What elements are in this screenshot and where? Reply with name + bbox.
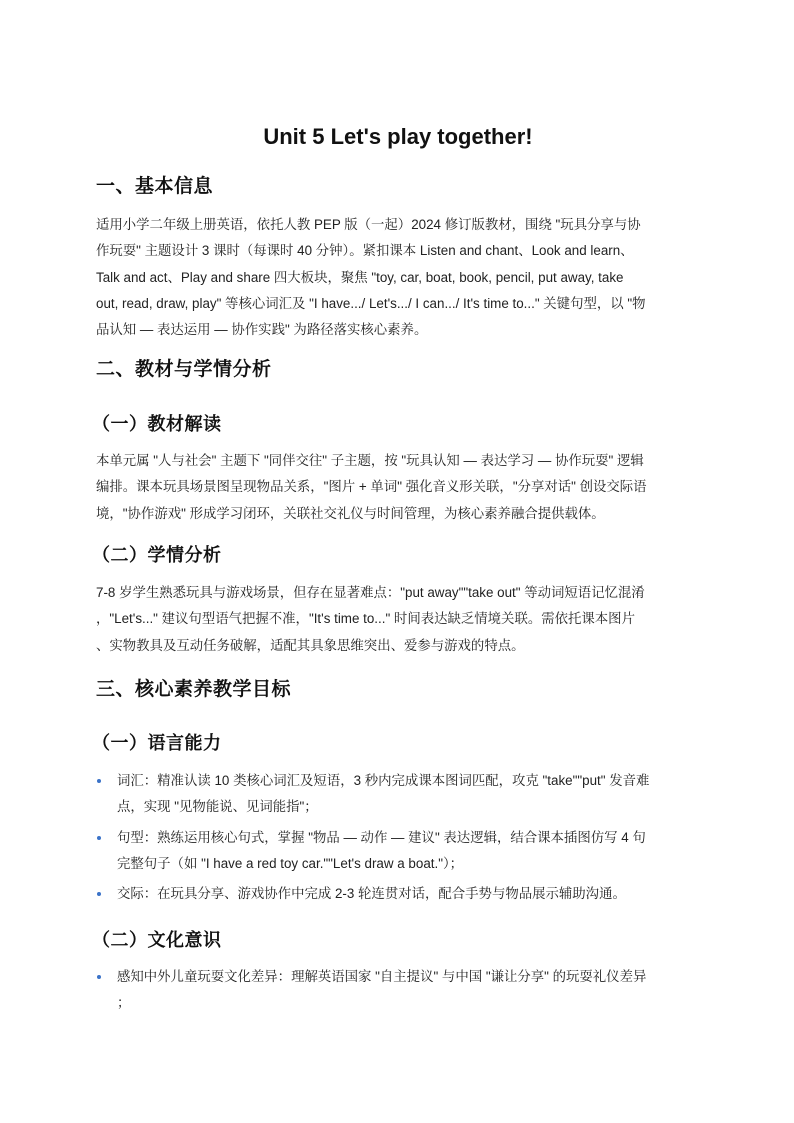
paragraph-line: 本单元属 "人与社会" 主题下 "同伴交往" 子主题，按 "玩具认知 — 表达学… [96,448,700,474]
basic-info-paragraph: 适用小学二年级上册英语，依托人教 PEP 版（一起）2024 修订版教材，围绕 … [96,212,700,343]
subsection-heading-textbook: （一）教材解读 [92,410,222,438]
paragraph-line: 、实物教具及互动任务破解，适配其具象思维突出、爱参与游戏的特点。 [96,633,700,659]
bullet-icon [97,836,101,840]
list-item-line: 点，实现 "见物能说、见词能指"； [117,794,700,820]
list-item-line: 完整句子（如 "I have a red toy car.""Let's dra… [117,851,700,877]
list-item: 词汇：精准认读 10 类核心词汇及短语，3 秒内完成课本图词匹配，攻克 "tak… [96,768,700,821]
section-heading-analysis: 二、教材与学情分析 [96,356,272,384]
list-item: 交际：在玩具分享、游戏协作中完成 2-3 轮连贯对话，配合手势与物品展示辅助沟通… [96,881,700,907]
list-item-line: 词汇：精准认读 10 类核心词汇及短语，3 秒内完成课本图词匹配，攻克 "tak… [117,768,700,794]
bullet-icon [97,975,101,979]
bullet-icon [97,779,101,783]
list-item: 句型：熟练运用核心句式，掌握 "物品 — 动作 — 建议" 表达逻辑，结合课本插… [96,825,700,878]
learner-analysis-paragraph: 7-8 岁学生熟悉玩具与游戏场景，但存在显著难点："put away""take… [96,580,700,659]
paragraph-line: ，"Let's..." 建议句型语气把握不准，"It's time to..."… [96,606,700,632]
subsection-heading-language: （一）语言能力 [92,729,222,757]
list-item-line: ； [117,990,700,1016]
list-item: 感知中外儿童玩耍文化差异：理解英语国家 "自主提议" 与中国 "谦让分享" 的玩… [96,964,700,1017]
paragraph-line: 作玩耍" 主题设计 3 课时（每课时 40 分钟）。紧扣课本 Listen an… [96,238,700,264]
paragraph-line: 境，"协作游戏" 形成学习闭环，关联社交礼仪与时间管理，为核心素养融合提供载体。 [96,501,700,527]
document-title: Unit 5 Let's play together! [96,121,700,153]
paragraph-line: 编排。课本玩具场景图呈现物品关系，"图片 + 单词" 强化音义形关联，"分享对话… [96,474,700,500]
paragraph-line: 品认知 — 表达运用 — 协作实践" 为路径落实核心素养。 [96,317,700,343]
bullet-icon [97,892,101,896]
section-heading-basic-info: 一、基本信息 [96,173,213,201]
subsection-heading-culture: （二）文化意识 [92,926,222,954]
list-item-line: 交际：在玩具分享、游戏协作中完成 2-3 轮连贯对话，配合手势与物品展示辅助沟通… [117,881,700,907]
paragraph-line: 7-8 岁学生熟悉玩具与游戏场景，但存在显著难点："put away""take… [96,580,700,606]
paragraph-line: 适用小学二年级上册英语，依托人教 PEP 版（一起）2024 修订版教材，围绕 … [96,212,700,238]
subsection-heading-learner: （二）学情分析 [92,541,222,569]
language-goals-list: 词汇：精准认读 10 类核心词汇及短语，3 秒内完成课本图词匹配，攻克 "tak… [96,768,700,907]
paragraph-line: Talk and act、Play and share 四大板块，聚焦 "toy… [96,265,700,291]
list-item-line: 感知中外儿童玩耍文化差异：理解英语国家 "自主提议" 与中国 "谦让分享" 的玩… [117,964,700,990]
culture-goals-list: 感知中外儿童玩耍文化差异：理解英语国家 "自主提议" 与中国 "谦让分享" 的玩… [96,964,700,1017]
textbook-analysis-paragraph: 本单元属 "人与社会" 主题下 "同伴交往" 子主题，按 "玩具认知 — 表达学… [96,448,700,527]
section-heading-goals: 三、核心素养教学目标 [96,676,291,704]
list-item-line: 句型：熟练运用核心句式，掌握 "物品 — 动作 — 建议" 表达逻辑，结合课本插… [117,825,700,851]
paragraph-line: out, read, draw, play" 等核心词汇及 "I have...… [96,291,700,317]
